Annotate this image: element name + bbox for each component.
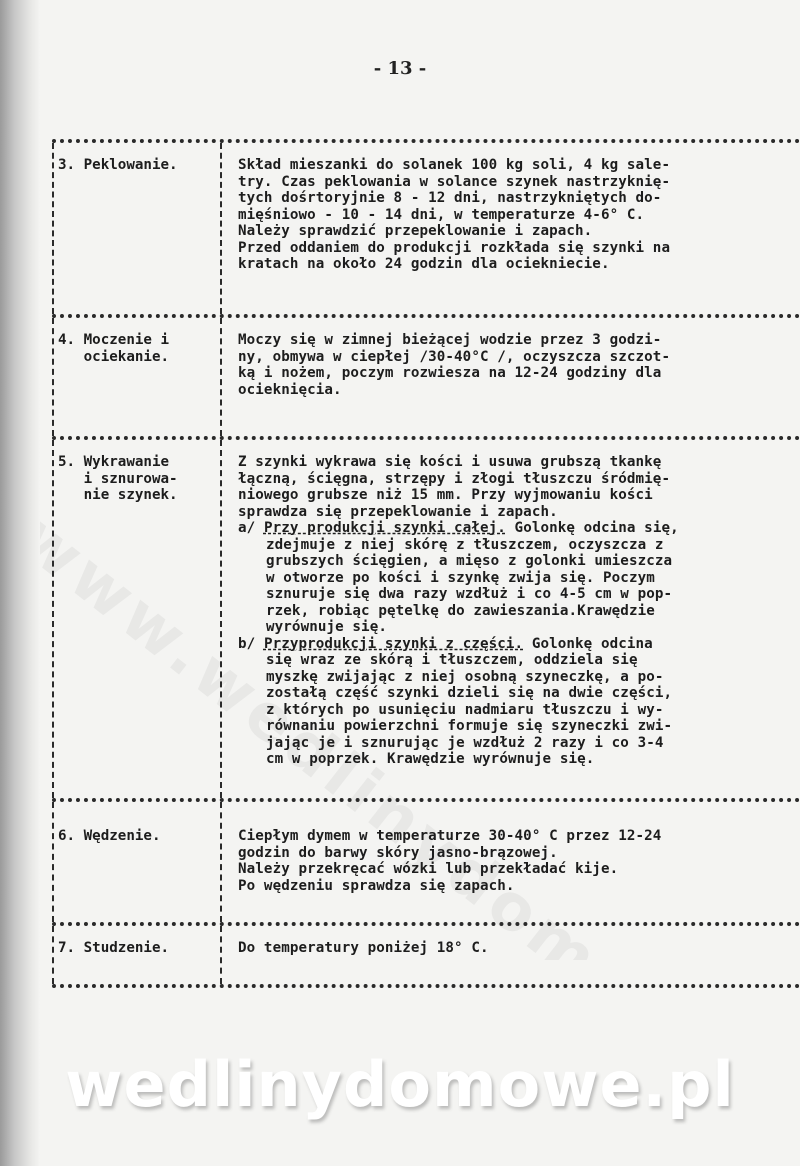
text-line: godzin do barwy skóry jasno-brązowej. <box>238 845 796 862</box>
step-name: 7. Studzenie. <box>52 926 222 984</box>
text-line: w otworze po kości i szynkę zwija się. P… <box>238 570 796 587</box>
text-line: jając je i sznurując je wzdłuż 2 razy i … <box>238 735 796 752</box>
text-line: niowego grubsze niż 15 mm. Przy wyjmowan… <box>238 487 796 504</box>
text-line: zostałą część szynki dzieli się na dwie … <box>238 685 796 702</box>
text-line: się wraz ze skórą i tłuszczem, oddziela … <box>238 652 796 669</box>
step-name: 6. Wędzenie. <box>52 802 222 922</box>
text-line: ny, obmywa w ciepłej /30-40°C /, oczyszc… <box>238 349 796 366</box>
text-line: łączną, ścięgna, strzępy i złogi tłuszcz… <box>238 471 796 488</box>
step-name: 5. Wykrawanie i sznurowa- nie szynek. <box>52 440 222 798</box>
text-line: mięśniowo - 10 - 14 dni, w temperaturze … <box>238 207 796 224</box>
text-line: myszkę zwijając z niej osobną szyneczkę,… <box>238 669 796 686</box>
text-line: try. Czas peklowania w solance szynek na… <box>238 174 796 191</box>
text-line: cm w poprzek. Krawędzie wyrównuje się. <box>238 751 796 768</box>
table-row: 3. Peklowanie. Skład mieszanki do solane… <box>52 139 800 314</box>
table-row: 6. Wędzenie. Ciepłym dymem w temperaturz… <box>52 798 800 922</box>
process-table: 3. Peklowanie. Skład mieszanki do solane… <box>52 139 800 988</box>
text-line: ką i nożem, poczym rozwiesza na 12-24 go… <box>238 365 796 382</box>
text-line: wyrównuje się. <box>238 619 796 636</box>
book-spine-shadow <box>0 0 40 1166</box>
subitem-marker: b/ <box>238 636 264 652</box>
table-row: 7. Studzenie. Do temperatury poniżej 18°… <box>52 922 800 988</box>
text-line: z których po usunięciu nadmiaru tłuszczu… <box>238 702 796 719</box>
subitem-a: a/ Przy produkcji szynki całej. Golonkę … <box>238 520 796 636</box>
text-line: ocieknięcia. <box>238 382 796 399</box>
text-line: Skład mieszanki do solanek 100 kg soli, … <box>238 157 796 174</box>
text-line: Należy sprawdzić przepeklowanie i zapach… <box>238 223 796 240</box>
table-row: 4. Moczenie i ociekanie. Moczy się w zim… <box>52 314 800 436</box>
text-line: sprawdza się przepeklowanie i zapach. <box>238 504 796 521</box>
step-description: Do temperatury poniżej 18° C. <box>222 926 800 984</box>
text-line: sznuruje się dwa razy wzdłuż i co 4-5 cm… <box>238 586 796 603</box>
subitem-heading: Przyprodukcji szynki z części. <box>264 636 523 652</box>
text-line: a/ Przy produkcji szynki całej. Golonkę … <box>238 520 796 537</box>
text-line: Należy przekręcać wózki lub przekładać k… <box>238 861 796 878</box>
step-description: Skład mieszanki do solanek 100 kg soli, … <box>222 143 800 314</box>
subitem-heading: Przy produkcji szynki całej. <box>264 520 506 536</box>
footer-watermark: wedlinydomowe.pl <box>0 1048 800 1121</box>
step-description: Z szynki wykrawa się kości i usuwa grubs… <box>222 440 800 798</box>
text-line: Po wędzeniu sprawdza się zapach. <box>238 878 796 895</box>
page-number: - 13 - <box>0 58 800 79</box>
text-line: tych dośrtoryjnie 8 - 12 dni, nastrzykni… <box>238 190 796 207</box>
text-line: Do temperatury poniżej 18° C. <box>238 940 796 957</box>
text-line: rzek, robiąc pętelkę do zawieszania.Kraw… <box>238 603 796 620</box>
text-line: Ciepłym dymem w temperaturze 30-40° C pr… <box>238 828 796 845</box>
text-line: zdejmuje z niej skórę z tłuszczem, oczys… <box>238 537 796 554</box>
text-line: Moczy się w zimnej bieżącej wodzie przez… <box>238 332 796 349</box>
subitem-marker: a/ <box>238 520 264 536</box>
text-line: równaniu powierzchni formuje się szynecz… <box>238 718 796 735</box>
text-line: grubszych ścięgien, a mięso z golonki um… <box>238 553 796 570</box>
text-line: Z szynki wykrawa się kości i usuwa grubs… <box>238 454 796 471</box>
table-row: 5. Wykrawanie i sznurowa- nie szynek. Z … <box>52 436 800 798</box>
subitem-b: b/ Przyprodukcji szynki z części. Golonk… <box>238 636 796 768</box>
step-name: 3. Peklowanie. <box>52 143 222 314</box>
step-description: Ciepłym dymem w temperaturze 30-40° C pr… <box>222 802 800 922</box>
step-description: Moczy się w zimnej bieżącej wodzie przez… <box>222 318 800 436</box>
step-name: 4. Moczenie i ociekanie. <box>52 318 222 436</box>
text-line: kratach na około 24 godzin dla ociekniec… <box>238 256 796 273</box>
text-line: b/ Przyprodukcji szynki z części. Golonk… <box>238 636 796 653</box>
text-line: Przed oddaniem do produkcji rozkłada się… <box>238 240 796 257</box>
